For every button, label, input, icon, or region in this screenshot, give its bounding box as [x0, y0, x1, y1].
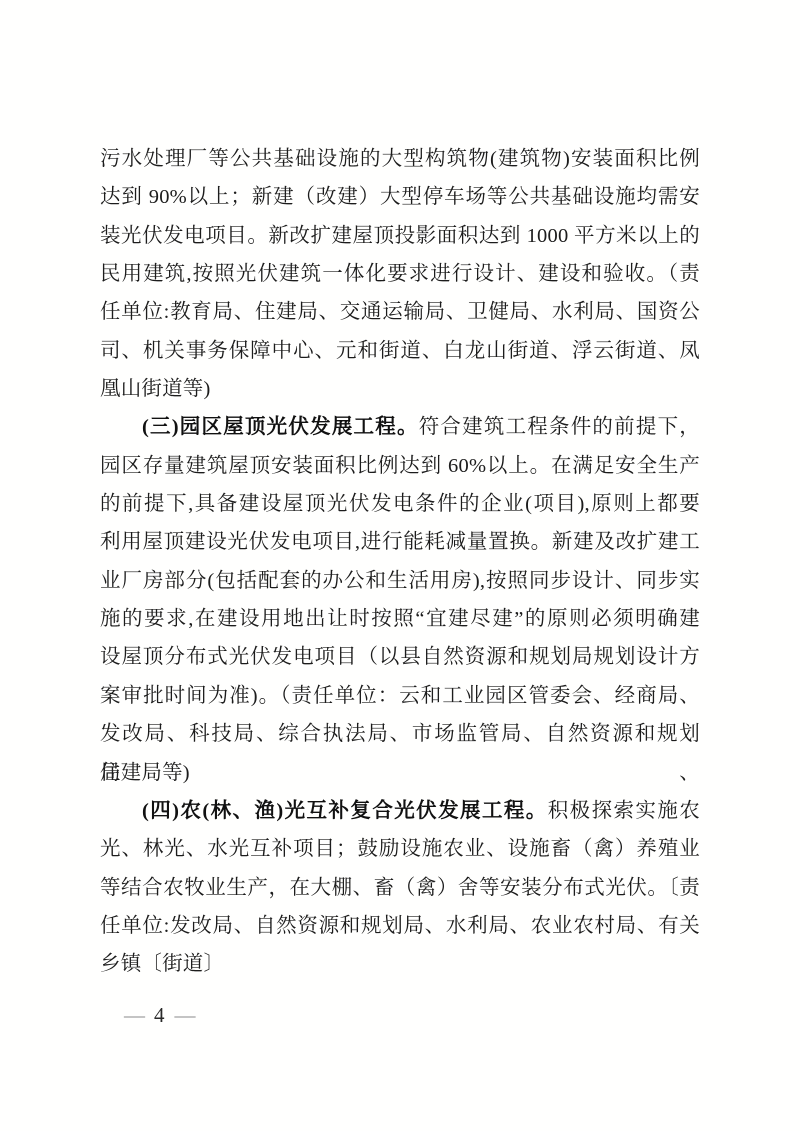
- line-text: 达到 90%以上；新建（改建）大型停车场等公共基础设施均需安: [100, 186, 700, 208]
- text-line: 园区存量建筑屋顶安装面积比例达到 60%以上。在满足安全生产: [100, 447, 700, 485]
- text-line: 污水处理厂等公共基础设施的大型构筑物(建筑物)安装面积比例: [100, 140, 700, 178]
- line-text: 装光伏发电项目。新改扩建屋顶投影面积达到 1000 平方米以上的: [100, 225, 700, 247]
- line-text: 符合建筑工程条件的前提下，: [419, 416, 700, 438]
- section-heading: (四)农(林、渔)光互补复合光伏发展工程。: [142, 800, 548, 822]
- paragraph-item4: (四)农(林、渔)光互补复合光伏发展工程。积极探索实施农光、林光、水光互补项目；…: [100, 792, 700, 984]
- line-text: 积极探索实施农: [548, 800, 700, 822]
- line-text: 任单位:教育局、住建局、交通运输局、卫健局、水利局、国资公: [100, 301, 700, 323]
- line-text: 司、机关事务保障中心、元和街道、白龙山街道、浮云街道、凤: [100, 340, 700, 362]
- text-line: 发改局、科技局、综合执法局、市场监管局、自然资源和规划局、: [100, 715, 700, 753]
- text-line: 业厂房部分(包括配套的办公和生活用房),按照同步设计、同步实: [100, 562, 700, 600]
- text-line: 利用屋顶建设光伏发电项目,进行能耗减量置换。新建及改扩建工: [100, 523, 700, 561]
- text-line: 司、机关事务保障中心、元和街道、白龙山街道、浮云街道、凤: [100, 332, 700, 370]
- text-line: 民用建筑,按照光伏建筑一体化要求进行设计、建设和验收。（责: [100, 255, 700, 293]
- line-text: 案审批时间为准)。（责任单位：云和工业园区管委会、经商局、: [100, 685, 700, 707]
- line-text: 利用屋顶建设光伏发电项目,进行能耗减量置换。新建及改扩建工: [100, 531, 700, 553]
- line-text: 施的要求,在建设用地出让时按照“宜建尽建”的原则必须明确建: [100, 608, 700, 630]
- line-text: 业厂房部分(包括配套的办公和生活用房),按照同步设计、同步实: [100, 570, 700, 592]
- text-line: 施的要求,在建设用地出让时按照“宜建尽建”的原则必须明确建: [100, 600, 700, 638]
- line-text: 设屋顶分布式光伏发电项目（以县自然资源和规划局规划设计方: [100, 646, 700, 668]
- text-line: 装光伏发电项目。新改扩建屋顶投影面积达到 1000 平方米以上的: [100, 217, 700, 255]
- page-footer: —4—: [124, 1000, 195, 1030]
- footer-right-dash: —: [175, 1003, 195, 1027]
- document-page: 污水处理厂等公共基础设施的大型构筑物(建筑物)安装面积比例达到 90%以上；新建…: [0, 0, 800, 1131]
- text-line: (四)农(林、渔)光互补复合光伏发展工程。积极探索实施农: [100, 792, 700, 830]
- paragraph-item3: (三)园区屋顶光伏发展工程。符合建筑工程条件的前提下，园区存量建筑屋顶安装面积比…: [100, 408, 700, 791]
- line-text: 乡镇〔街道〕: [100, 953, 224, 975]
- text-line: 乡镇〔街道〕: [100, 945, 700, 983]
- line-text: 园区存量建筑屋顶安装面积比例达到 60%以上。在满足安全生产: [100, 455, 700, 477]
- text-line: 的前提下,具备建设屋顶光伏发电条件的企业(项目),原则上都要: [100, 485, 700, 523]
- line-text: 住建局等): [100, 762, 190, 784]
- line-text: 的前提下,具备建设屋顶光伏发电条件的企业(项目),原则上都要: [100, 493, 700, 515]
- text-line: 等结合农牧业生产，在大棚、畜（禽）舍等安装分布式光伏。〔责: [100, 869, 700, 907]
- line-text: 发改局、科技局、综合执法局、市场监管局、自然资源和规划局、: [100, 723, 700, 783]
- text-line: 设屋顶分布式光伏发电项目（以县自然资源和规划局规划设计方: [100, 638, 700, 676]
- paragraph-continuation-item2: 污水处理厂等公共基础设施的大型构筑物(建筑物)安装面积比例达到 90%以上；新建…: [100, 140, 700, 408]
- text-line: 凰山街道等): [100, 370, 700, 408]
- page-number: 4: [154, 1003, 165, 1027]
- document-body: 污水处理厂等公共基础设施的大型构筑物(建筑物)安装面积比例达到 90%以上；新建…: [100, 140, 700, 984]
- line-text: 民用建筑,按照光伏建筑一体化要求进行设计、建设和验收。（责: [100, 263, 700, 285]
- text-line: (三)园区屋顶光伏发展工程。符合建筑工程条件的前提下，: [100, 408, 700, 446]
- line-text: 污水处理厂等公共基础设施的大型构筑物(建筑物)安装面积比例: [100, 148, 700, 170]
- text-line: 达到 90%以上；新建（改建）大型停车场等公共基础设施均需安: [100, 178, 700, 216]
- line-text: 光、林光、水光互补项目；鼓励设施农业、设施畜（禽）养殖业: [100, 838, 700, 860]
- line-text: 等结合农牧业生产，在大棚、畜（禽）舍等安装分布式光伏。〔责: [100, 877, 700, 899]
- line-text: 凰山街道等): [100, 378, 211, 400]
- text-line: 光、林光、水光互补项目；鼓励设施农业、设施畜（禽）养殖业: [100, 830, 700, 868]
- footer-left-dash: —: [124, 1003, 144, 1027]
- text-line: 任单位:教育局、住建局、交通运输局、卫健局、水利局、国资公: [100, 293, 700, 331]
- text-line: 任单位:发改局、自然资源和规划局、水利局、农业农村局、有关: [100, 907, 700, 945]
- section-heading: (三)园区屋顶光伏发展工程。: [142, 416, 419, 438]
- text-line: 案审批时间为准)。（责任单位：云和工业园区管委会、经商局、: [100, 677, 700, 715]
- line-text: 任单位:发改局、自然资源和规划局、水利局、农业农村局、有关: [100, 915, 700, 937]
